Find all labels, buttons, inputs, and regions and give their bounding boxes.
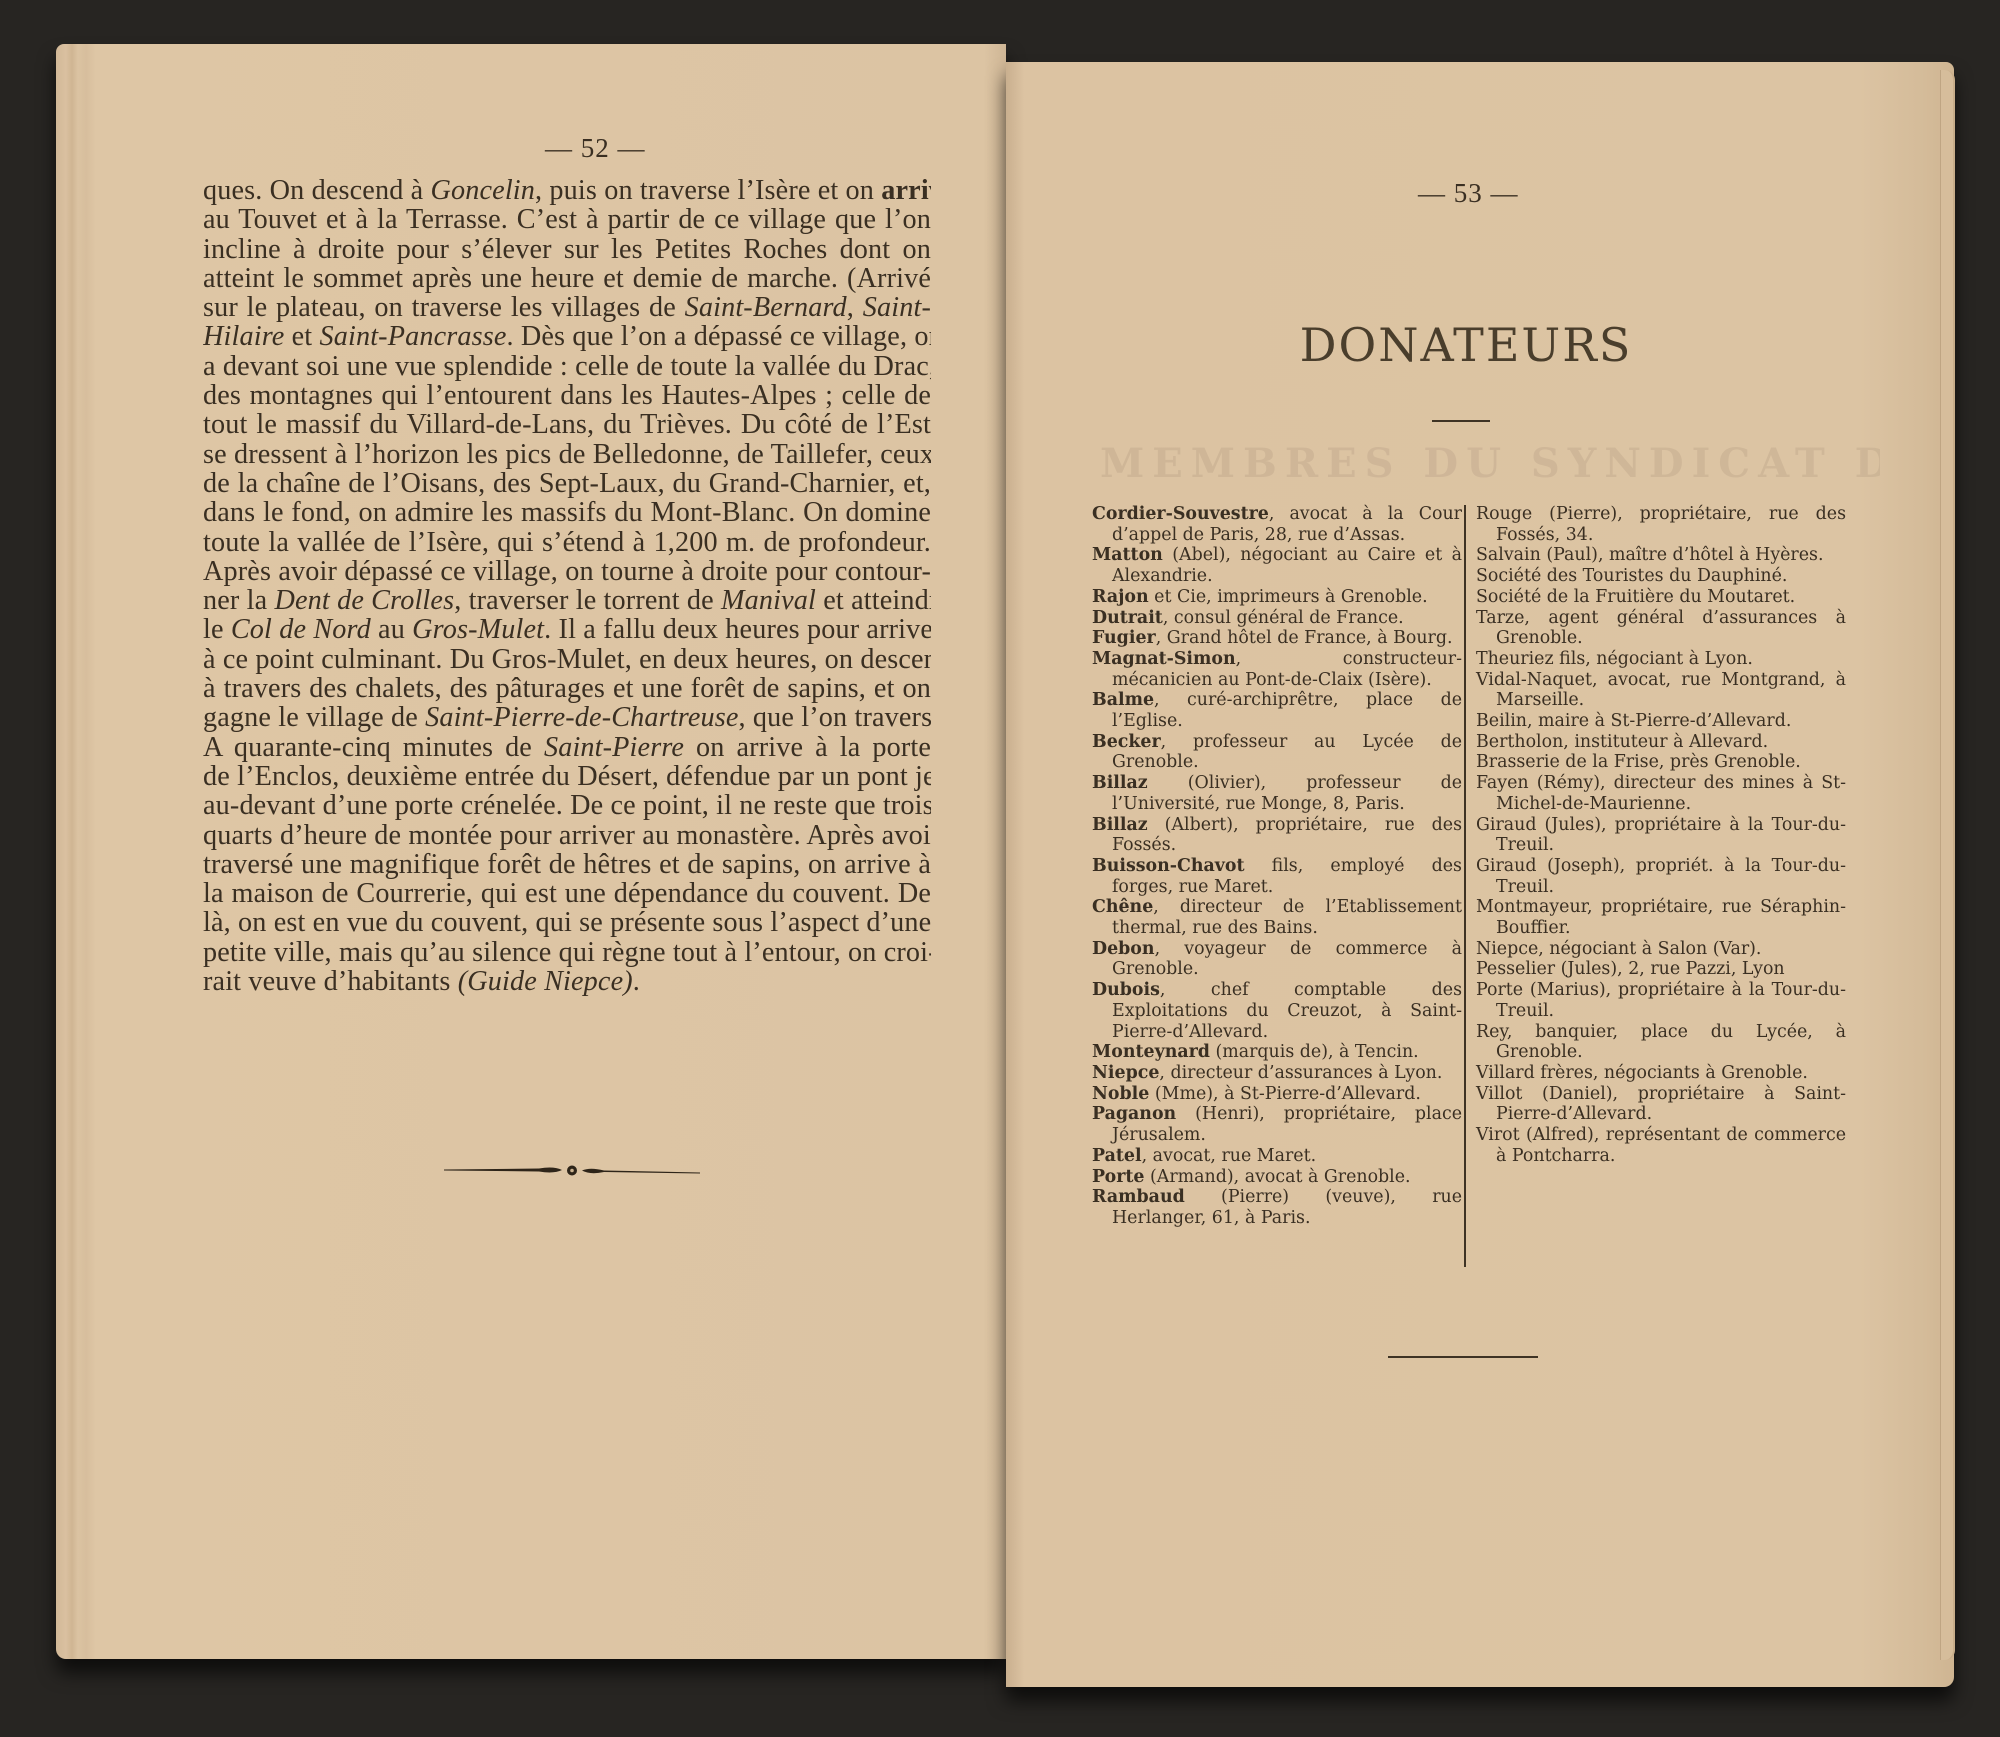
text-run: , que l’on traverse. [739,703,931,732]
donor-entry: Salvain (Paul), maître d’hôtel à Hyères. [1476,545,1846,566]
text-line: incline à droite pour s’élever sur les P… [203,235,931,264]
text-line: a devant soi une vue splendide : celle d… [203,352,931,381]
donor-name: Pesselier [1476,959,1555,979]
donor-entry: Villard frères, négociants à Grenoble. [1476,1063,1846,1084]
donor-entry: Beilin, maire à St-Pierre-d’Allevard. [1476,711,1846,732]
donor-name: Becker [1092,732,1161,752]
donor-entry: Magnat-Simon, constructeur-mécanicien au… [1092,649,1462,690]
donor-details: , directeur d’assurances à Lyon. [1159,1063,1442,1083]
text-run: Dent de Crolles [274,586,454,615]
body-text: ques. On descend à Goncelin, puis on tra… [203,176,931,996]
donor-details: (Alfred), représentant de commerce à Pon… [1496,1125,1846,1166]
text-run: Hilaire [203,322,284,351]
text-run: la maison de Courrerie, qui est une dépe… [203,879,931,908]
text-line: traversé une magnifique forêt de hêtres … [203,850,931,879]
donor-entry: Société des Touristes du Dauphiné. [1476,566,1846,587]
donor-name: Giraud [1476,815,1536,835]
text-run: on arrive à la porte [684,733,931,762]
page-number-right: — 53 — [1418,178,1519,209]
text-line: à ce point culminant. Du Gros-Mulet, en … [203,645,931,674]
text-line: la maison de Courrerie, qui est une dépe… [203,879,931,908]
text-run: Saint- [863,293,931,322]
donor-details: (Jules), 2, rue Pazzi, Lyon [1555,959,1785,979]
donor-details: , consul général de France. [1163,608,1404,628]
text-line: tout le massif du Villard-de-Lans, du Tr… [203,410,931,439]
donor-details: (Pierre), propriétaire, rue des Fossés, … [1496,504,1846,545]
text-run: Saint-Pierre [544,733,684,762]
text-run: et atteindre [816,586,931,615]
donor-name: Monteynard [1092,1042,1210,1062]
donor-entry: Tarze, agent général d’assurances à Gren… [1476,608,1846,649]
donor-entry: Montmayeur, propriétaire, rue Séraphin-B… [1476,897,1846,938]
donor-entry: Theuriez fils, négociant à Lyon. [1476,649,1846,670]
donor-name: Brasserie [1476,752,1560,772]
text-line: sur le plateau, on traverse les villages… [203,293,931,322]
donor-details: et Cie, imprimeurs à Grenoble. [1149,587,1428,607]
text-run: au Touvet et à la Terrasse. C’est à part… [203,205,931,234]
text-run: se dressent à l’horizon les pics de Bell… [203,440,931,469]
donor-name: Fugier [1092,628,1156,648]
donor-entry: Buisson-Chavot fils, employé des forges,… [1092,856,1462,897]
donor-list-right: Rouge (Pierre), propriétaire, rue des Fo… [1476,504,1846,1167]
ornament-divider-icon [444,1163,700,1177]
donor-name: Magnat-Simon [1092,649,1236,669]
donor-entry: Patel, avocat, rue Maret. [1092,1146,1462,1167]
donor-name: Dubois [1092,980,1160,1000]
donor-list-left: Cordier-Souvestre, avocat à la Cour d’ap… [1092,504,1462,1229]
text-run: Saint-Pierre-de-Chartreuse [425,703,738,732]
text-run: au-devant d’une porte crénelée. De ce po… [203,791,931,820]
text-line: à travers des chalets, des pâturages et … [203,674,931,703]
donor-entry: Vidal-Naquet, avocat, rue Montgrand, à M… [1476,670,1846,711]
text-run: (Guide Niepce) [458,967,633,996]
donor-name: Porte [1092,1167,1144,1187]
donor-entry: Noble (Mme), à St-Pierre-d’Allevard. [1092,1084,1462,1105]
text-run: Col de Nord [231,615,371,644]
text-run: . Dès que l’on a dépassé ce village, on [507,322,932,351]
text-run: là, on est en vue du couvent, qui se pré… [203,908,931,937]
donor-details: , voyageur de commerce à Grenoble. [1112,939,1462,980]
text-run: toute la vallée de l’Isère, qui s’étend … [203,528,931,557]
text-run: des montagnes qui l’entourent dans les H… [203,381,931,410]
text-run: incline à droite pour s’élever sur les P… [203,235,931,264]
text-run: de l’Enclos, deuxième entrée du Désert, … [203,762,931,791]
text-line: Après avoir dépassé ce village, on tourn… [203,557,931,586]
donor-entry: Paganon (Henri), propriétaire, place Jér… [1092,1104,1462,1145]
text-run: Saint-Pancrasse [319,322,506,351]
text-line: des montagnes qui l’entourent dans les H… [203,381,931,410]
donor-name: Vidal-Naquet [1476,670,1592,690]
donor-entry: Fayen (Rémy), directeur des mines à St-M… [1476,773,1846,814]
donor-details: (Paul), maître d’hôtel à Hyères. [1541,545,1824,565]
text-run: tout le massif du Villard-de-Lans, du Tr… [203,410,931,439]
donor-details: , instituteur à Allevard. [1563,732,1768,752]
page-stack-edge [1940,70,1955,1660]
donor-name: Patel [1092,1146,1142,1166]
text-line: le Col de Nord au Gros-Mulet. Il a fallu… [203,615,931,644]
donor-details: , banquier, place du Lycée, à Grenoble. [1496,1022,1846,1063]
donor-details: , curé-archiprêtre, place de l’Eglise. [1112,690,1462,731]
donor-entry: Niepce, négociant à Salon (Var). [1476,939,1846,960]
donor-entry: Giraud (Jules), propriétaire à la Tour-d… [1476,815,1846,856]
text-run: Goncelin [431,176,536,205]
donor-entry: Brasserie de la Frise, près Grenoble. [1476,752,1846,773]
text-run: , [847,293,863,322]
donor-name: Montmayeur [1476,897,1587,917]
donor-details: de la Frise, près Grenoble. [1560,752,1801,772]
donor-entry: Dutrait, consul général de France. [1092,608,1462,629]
donor-entry: Fugier, Grand hôtel de France, à Bourg. [1092,628,1462,649]
donor-entry: Monteynard (marquis de), à Tencin. [1092,1042,1462,1063]
text-line: là, on est en vue du couvent, qui se pré… [203,908,931,937]
title-rule [1432,420,1490,422]
donor-name: Société [1476,566,1541,586]
text-run: atteint le sommet après une heure et dem… [203,264,931,293]
donor-details: (Abel), négociant au Caire et à Alexandr… [1112,545,1462,586]
donor-name: Beilin [1476,711,1527,731]
donor-entry: Porte (Armand), avocat à Grenoble. [1092,1167,1462,1188]
donor-details: , maire à St-Pierre-d’Allevard. [1527,711,1791,731]
donor-name: Bertholon [1476,732,1563,752]
donor-entry: Pesselier (Jules), 2, rue Pazzi, Lyon [1476,959,1846,980]
text-run: Gros-Mulet [412,615,544,644]
open-book: — 52 — ques. On descend à Goncelin, puis… [0,0,2000,1737]
donor-entry: Rey, banquier, place du Lycée, à Grenobl… [1476,1022,1846,1063]
donor-name: Balme [1092,690,1154,710]
text-run: . [633,967,640,996]
donor-details: , Grand hôtel de France, à Bourg. [1156,628,1453,648]
donor-details: (Jules), propriétaire à la Tour-du-Treui… [1496,815,1846,856]
donor-details: fils, négociant à Lyon. [1554,649,1753,669]
page-number-left: — 52 — [545,133,646,164]
text-run: petite ville, mais qu’au silence qui règ… [203,938,931,967]
page-title: DONATEURS [1296,318,1636,372]
donor-entry: Rambaud (Pierre) (veuve), rue Herlanger,… [1092,1187,1462,1228]
text-run: à ce point culminant. Du Gros-Mulet, en … [203,645,931,674]
text-line: quarts d’heure de montée pour arriver au… [203,821,931,850]
text-run: Saint-Bernard [685,293,847,322]
text-line: atteint le sommet après une heure et dem… [203,264,931,293]
text-run: sur le plateau, on traverse les villages… [203,293,685,322]
donor-name: Rey [1476,1022,1507,1042]
donor-details: (Daniel), propriétaire à Saint-Pierre-d’… [1496,1084,1846,1125]
donor-entry: Villot (Daniel), propriétaire à Saint-Pi… [1476,1084,1846,1125]
donor-details: , négociant à Salon (Var). [1538,939,1761,959]
text-line: A quarante-cinq minutes de Saint-Pierre … [203,733,931,762]
text-run: ques. On descend à [203,176,431,205]
donor-details: frères, négociants à Grenoble. [1535,1063,1808,1083]
donor-entry: Bertholon, instituteur à Allevard. [1476,732,1846,753]
donor-entry: Chêne, directeur de l’Etablissement ther… [1092,897,1462,938]
text-run: de la chaîne de l’Oisans, des Sept-Laux,… [203,469,931,498]
donor-entry: Cordier-Souvestre, avocat à la Cour d’ap… [1092,504,1462,545]
donor-entry: Matton (Abel), négociant au Caire et à A… [1092,545,1462,586]
donor-name: Matton [1092,545,1163,565]
text-run: arrive [881,176,931,205]
text-run: Après avoir dépassé ce village, on tourn… [203,557,931,586]
donor-name: Chêne [1092,897,1153,917]
text-line: se dressent à l’horizon les pics de Bell… [203,440,931,469]
donor-details: (Joseph), propriét. à la Tour-du-Treuil. [1496,856,1846,897]
donor-name: Cordier-Souvestre [1092,504,1269,524]
donor-details: (Olivier), professeur de l’Université, r… [1112,773,1462,814]
text-line: ques. On descend à Goncelin, puis on tra… [203,176,931,205]
donor-name: Buisson-Chavot [1092,856,1244,876]
donor-entry: Dubois, chef comptable des Exploitations… [1092,980,1462,1042]
text-run: le [203,615,231,644]
text-line: gagne le village de Saint-Pierre-de-Char… [203,703,931,732]
donor-name: Rambaud [1092,1187,1185,1207]
text-line: de l’Enclos, deuxième entrée du Désert, … [203,762,931,791]
text-line: au-devant d’une porte crénelée. De ce po… [203,791,931,820]
text-run: dans le fond, on admire les massifs du M… [203,498,931,527]
donor-name: Rajon [1092,587,1149,607]
donor-name: Villard [1476,1063,1535,1083]
donor-entry: Becker, professeur au Lycée de Grenoble. [1092,732,1462,773]
text-run: a devant soi une vue splendide : celle d… [203,352,931,381]
text-run: et [284,322,319,351]
donor-entry: Billaz (Olivier), professeur de l’Univer… [1092,773,1462,814]
donor-name: Billaz [1092,815,1148,835]
donor-name: Noble [1092,1084,1149,1104]
donor-name: Dutrait [1092,608,1163,628]
donor-entry: Rajon et Cie, imprimeurs à Grenoble. [1092,587,1462,608]
donor-details: (Albert), propriétaire, rue des Fossés. [1112,815,1462,856]
text-line: dans le fond, on admire les massifs du M… [203,498,931,527]
donor-name: Niepce [1476,939,1538,959]
donor-entry: Giraud (Joseph), propriét. à la Tour-du-… [1476,856,1846,897]
text-run: à travers des chalets, des pâturages et … [203,674,931,703]
text-line: au Touvet et à la Terrasse. C’est à part… [203,205,931,234]
donor-name: Giraud [1476,856,1536,876]
column-divider [1464,505,1466,1267]
text-run: A quarante-cinq minutes de [203,733,544,762]
donor-name: Tarze [1476,608,1524,628]
text-run: rait veuve d’habitants [203,967,458,996]
donor-details: , chef comptable des Exploitations du Cr… [1112,980,1462,1041]
end-rule [1388,1356,1538,1358]
donor-details: (Mme), à St-Pierre-d’Allevard. [1149,1084,1421,1104]
donor-details: des Touristes du Dauphiné. [1541,566,1787,586]
donor-name: Salvain [1476,545,1541,565]
text-run: au [371,615,412,644]
donor-entry: Billaz (Albert), propriétaire, rue des F… [1092,815,1462,856]
donor-details: , directeur de l’Etablissement thermal, … [1112,897,1462,938]
donor-name: Fayen [1476,773,1529,793]
donor-entry: Société de la Fruitière du Moutaret. [1476,587,1846,608]
text-line: Hilaire et Saint-Pancrasse. Dès que l’on… [203,322,931,351]
text-line: de la chaîne de l’Oisans, des Sept-Laux,… [203,469,931,498]
donor-name: Porte [1476,980,1523,1000]
text-run: traversé une magnifique forêt de hêtres … [203,850,931,879]
text-run: Manival [721,586,816,615]
text-line: petite ville, mais qu’au silence qui règ… [203,938,931,967]
donor-name: Société [1476,587,1541,607]
text-line: rait veuve d’habitants (Guide Niepce). [203,967,931,996]
donor-name: Virot [1476,1125,1520,1145]
donor-details: de la Fruitière du Moutaret. [1541,587,1795,607]
donor-details: , avocat, rue Maret. [1142,1146,1317,1166]
text-line: ner la Dent de Crolles, traverser le tor… [203,586,931,615]
text-run: . Il a fallu deux heures pour arriver [544,615,931,644]
donor-details: , agent général d’assurances à Grenoble. [1496,608,1846,649]
donor-name: Villot [1476,1084,1522,1104]
donor-details: (Marius), propriétaire à la Tour-du-Treu… [1496,980,1846,1021]
text-run: gagne le village de [203,703,425,732]
bleed-through-text: MEMBRES DU SYNDICAT D’INITIATIVE [1100,440,1880,486]
donor-details: , professeur au Lycée de Grenoble. [1112,732,1462,773]
donor-details: (Armand), avocat à Grenoble. [1144,1167,1410,1187]
donor-details: (Rémy), directeur des mines à St-Michel-… [1496,773,1846,814]
donor-entry: Porte (Marius), propriétaire à la Tour-d… [1476,980,1846,1021]
donor-entry: Debon, voyageur de commerce à Grenoble. [1092,939,1462,980]
text-run: ner la [203,586,274,615]
donor-name: Billaz [1092,773,1148,793]
donor-details: (marquis de), à Tencin. [1210,1042,1419,1062]
text-line: toute la vallée de l’Isère, qui s’étend … [203,528,931,557]
donor-entry: Niepce, directeur d’assurances à Lyon. [1092,1063,1462,1084]
text-run: , traverser le torrent de [454,586,721,615]
donor-name: Rouge [1476,504,1532,524]
donor-name: Theuriez [1476,649,1554,669]
donor-entry: Rouge (Pierre), propriétaire, rue des Fo… [1476,504,1846,545]
donor-name: Paganon [1092,1104,1176,1124]
donor-name: Debon [1092,939,1155,959]
donor-entry: Virot (Alfred), représentant de commerce… [1476,1125,1846,1166]
donor-entry: Balme, curé-archiprêtre, place de l’Egli… [1092,690,1462,731]
donor-name: Niepce [1092,1063,1159,1083]
text-run: , puis on traverse l’Isère et on [535,176,881,205]
text-run: quarts d’heure de montée pour arriver au… [203,821,931,850]
